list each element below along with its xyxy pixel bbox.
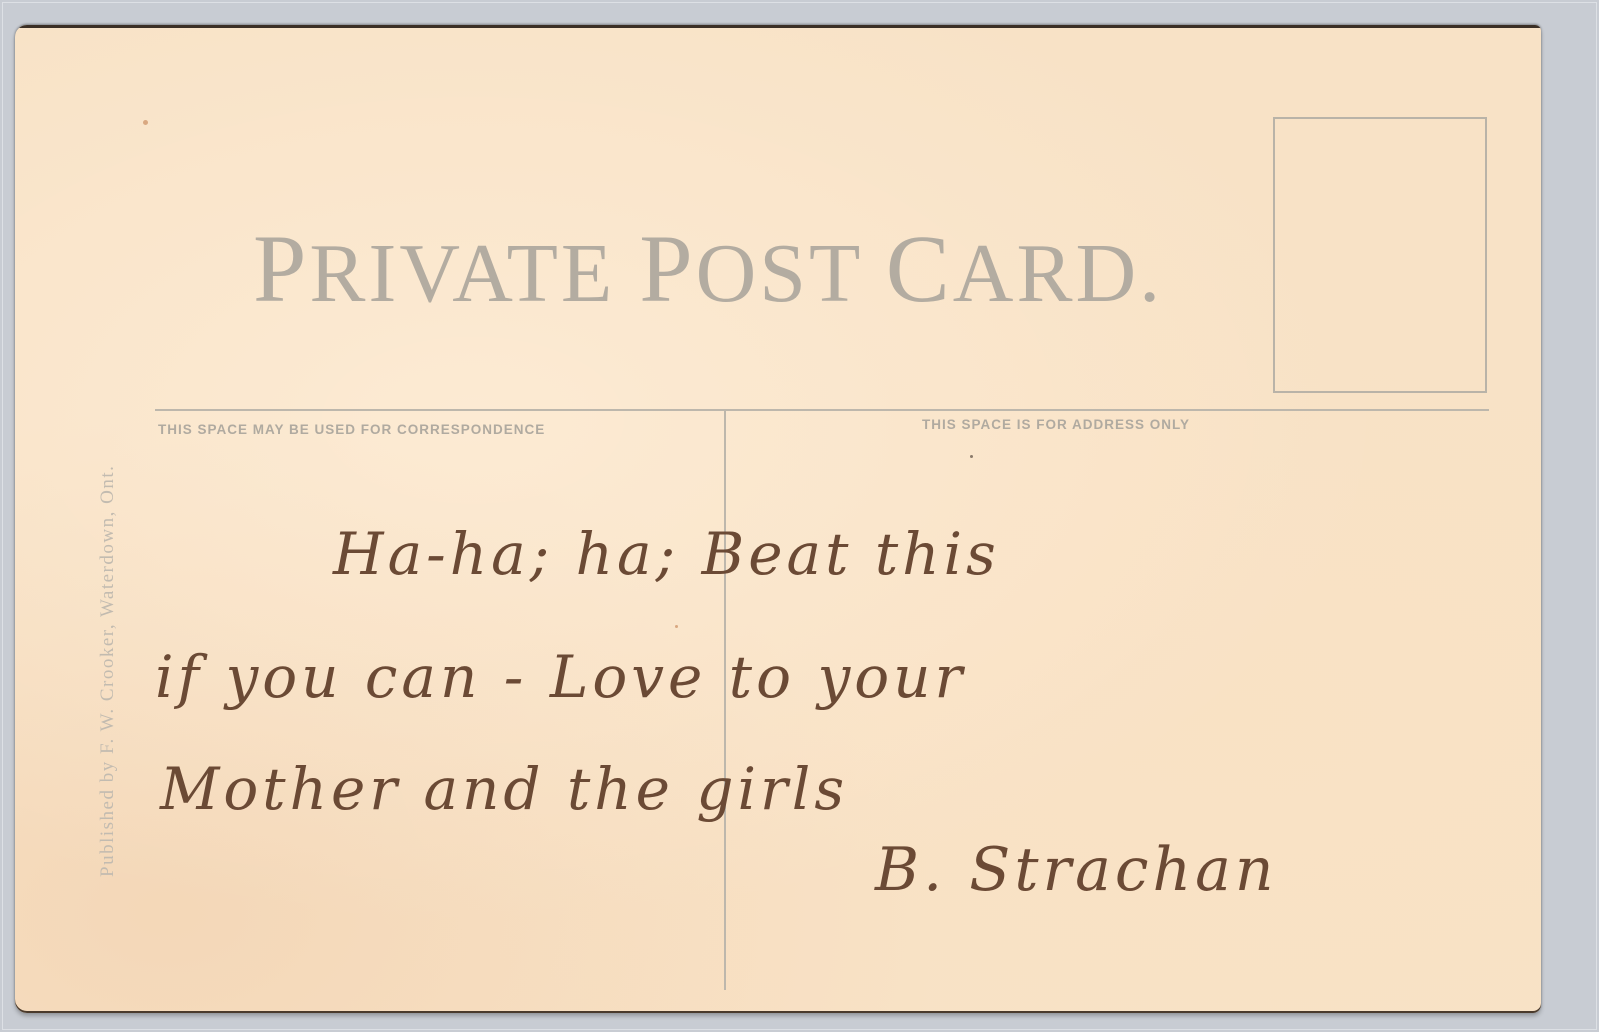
postcard: PRIVATE POST CARD. THIS SPACE MAY BE USE… (15, 25, 1541, 1013)
handwritten-line-2: if you can - Love to your (155, 643, 966, 711)
paper-speck (675, 625, 678, 628)
correspondence-label: THIS SPACE MAY BE USED FOR CORRESPONDENC… (158, 422, 545, 437)
handwritten-line-1: Ha-ha; ha; Beat this (333, 520, 1000, 588)
horizontal-divider (155, 409, 1489, 411)
title-initial: C (886, 215, 953, 322)
address-label: THIS SPACE IS FOR ADDRESS ONLY (922, 417, 1190, 432)
title-word: RIVATE (309, 227, 615, 320)
title-word: ARD. (953, 227, 1163, 320)
postcard-title: PRIVATE POST CARD. (253, 213, 1163, 324)
title-word: OST (696, 227, 862, 320)
paper-speck (143, 120, 148, 125)
stamp-placement-box (1273, 117, 1487, 393)
title-initial: P (253, 215, 309, 322)
paper-speck (970, 455, 973, 458)
publisher-credit: Published by F. W. Crooker, Waterdown, O… (97, 465, 119, 877)
handwritten-line-3: Mother and the girls (160, 755, 848, 823)
title-initial: P (639, 215, 695, 322)
handwritten-signature: B. Strachan (875, 835, 1278, 905)
